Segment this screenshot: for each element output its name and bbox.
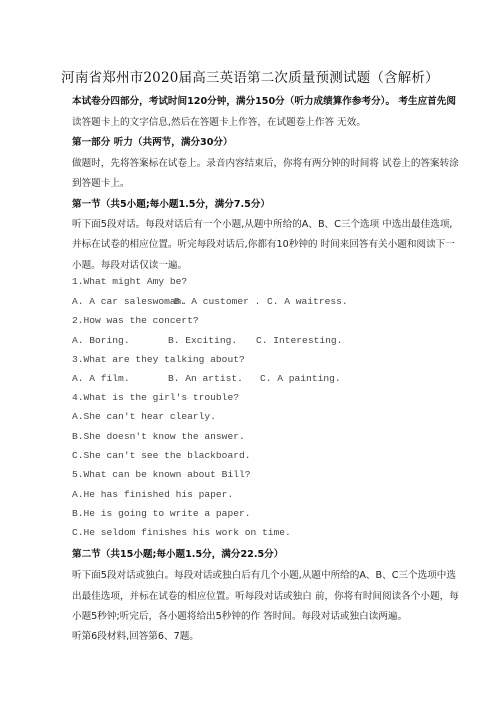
option-b: B. A customer .	[174, 296, 267, 307]
section2-instruction-3: 小题5秒钟;听完后，各小题将给出5秒钟的作 答时间。每段对话或独白读两遍。	[72, 608, 407, 622]
question-4-option-b: B.She doesn't know the answer.	[72, 431, 245, 442]
section1-instruction-2: 并标在试卷的相应位置。听完每段对话后,你都有10秒钟的 时间来回答有关小题和阅读…	[72, 236, 455, 250]
question-1-options: A. A car saleswoman.B. A customer .C. A …	[72, 296, 348, 307]
option-c: C. A painting.	[260, 373, 341, 384]
section1-instruction-3: 小题。每段对话仅读一遍。	[72, 257, 187, 271]
question-5-stem: 5.What can be known about Bill?	[72, 469, 250, 480]
intro-line-2: 读答题卡上的文字信息,然后在答题卡上作答，在试题卷上作答 无效。	[72, 114, 366, 128]
question-2-stem: 2.How was the concert?	[72, 315, 199, 326]
question-1-stem: 1.What might Amy be?	[72, 276, 187, 287]
section2-instruction-1: 听下面5段对话或独白。每段对话或独白后有几个小题,从题中所给的A、B、C三个选项…	[72, 567, 456, 581]
question-5-option-c: C.He seldom finishes his work on time.	[72, 527, 291, 538]
option-a: A. A film.	[72, 373, 168, 384]
question-4-option-a: A.She can't hear clearly.	[72, 411, 216, 422]
material-note: 听第6段材料,回答第6、7题。	[72, 628, 199, 642]
question-5-option-a: A.He has finished his paper.	[72, 489, 233, 500]
section1-heading: 第一节（共5小题;每小题1.5分，满分7.5分）	[72, 196, 270, 210]
part1-instruction-1: 做题时，先将答案标在试卷上。录音内容结束后，你将有两分钟的时间将 试卷上的答案转…	[72, 155, 459, 169]
option-b: B. An artist.	[168, 373, 260, 384]
option-c: C. Interesting.	[256, 335, 342, 346]
document-page: 河南省郑州市2020届高三英语第二次质量预测试题（含解析） 本试卷分四部分，考试…	[0, 0, 500, 707]
option-c: C. A waitress.	[267, 296, 348, 307]
section1-instruction-1: 听下面5段对话。每段对话后有一个小题,从题中所给的A、B、C三个选项 中选出最佳…	[72, 216, 452, 230]
document-title: 河南省郑州市2020届高三英语第二次质量预测试题（含解析）	[0, 66, 500, 86]
part1-instruction-2: 到答题卡上。	[72, 175, 130, 189]
section2-heading: 第二节（共15小题;每小题1.5分，满分22.5分）	[72, 546, 283, 560]
question-3-stem: 3.What are they talking about?	[72, 354, 245, 365]
question-2-options: A. Boring.B. Exciting.C. Interesting.	[72, 335, 342, 346]
option-a: A. A car saleswoman.	[72, 296, 174, 307]
question-4-option-c: C.She can't see the blackboard.	[72, 450, 250, 461]
part1-heading: 第一部分 听力（共两节，满分30分）	[72, 134, 233, 148]
question-4-stem: 4.What is the girl's trouble?	[72, 392, 239, 403]
option-a: A. Boring.	[72, 335, 168, 346]
question-3-options: A. A film.B. An artist.C. A painting.	[72, 373, 341, 384]
option-b: B. Exciting.	[168, 335, 256, 346]
intro-line-1: 本试卷分四部分，考试时间120分钟，满分150分（听力成绩算作参考分）。 考生应…	[72, 93, 456, 107]
question-5-option-b: B.He is going to write a paper.	[72, 508, 250, 519]
section2-instruction-2: 出最佳选项，并标在试卷的相应位置。听每段对话或独白 前，你将有时间阅读各个小题，…	[72, 588, 459, 602]
